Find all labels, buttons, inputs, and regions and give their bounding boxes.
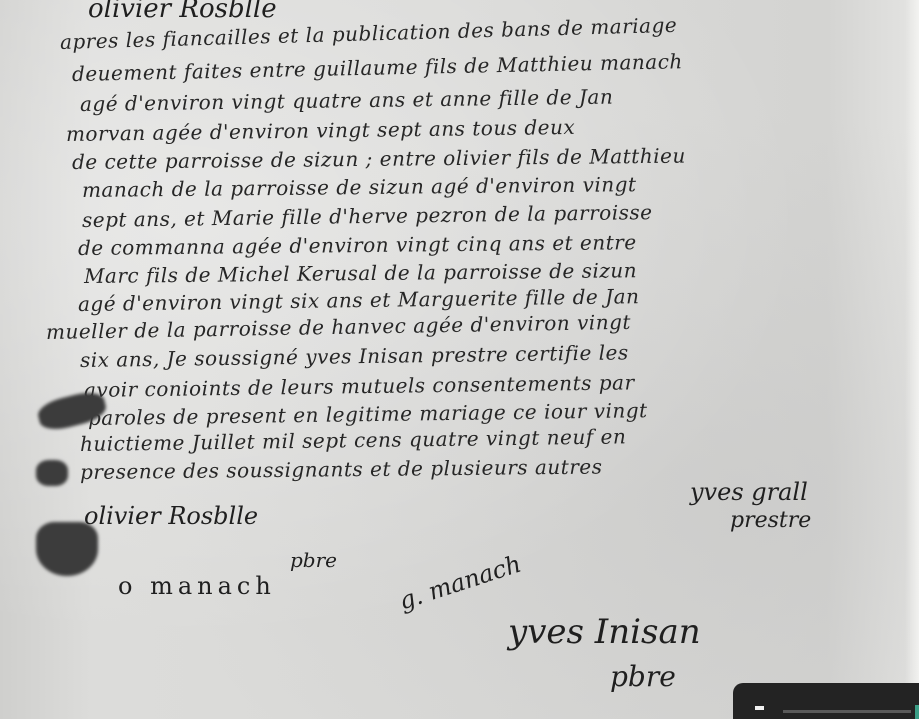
text-line-7: sept ans, et Marie fille d'herve pezron … (82, 200, 653, 232)
signature-o-manach-title: pbre (290, 548, 337, 572)
signature-yves-inisan: yves Inisan (508, 612, 701, 652)
text-line-15: huictieme Juillet mil sept cens quatre v… (80, 424, 627, 456)
signature-yves-grall-title: prestre (730, 508, 811, 533)
minimize-icon[interactable] (755, 706, 764, 710)
signature-yves-inisan-title: pbre (610, 660, 676, 693)
signature-o-manach: o manach (118, 572, 276, 600)
text-line-4: morvan agée d'environ vingt sept ans tou… (66, 115, 576, 146)
accent-indicator (915, 705, 919, 719)
ink-blot (36, 522, 98, 576)
page-edge (905, 0, 919, 719)
signature-yves-grall: yves grall (690, 478, 808, 506)
text-line-12: six ans, Je soussigné yves Inisan prestr… (80, 340, 629, 372)
manuscript-page: olivier Rosblle apres les fiancailles et… (0, 0, 919, 719)
text-line-9: Marc fils de Michel Kerusal de la parroi… (84, 258, 637, 288)
text-line-2: deuement faites entre guillaume fils de … (72, 49, 683, 86)
text-line-13: avoir conioints de leurs mutuels consent… (84, 370, 635, 402)
text-line-6: manach de la parroisse de sizun agé d'en… (82, 172, 637, 202)
progress-track[interactable] (783, 710, 911, 713)
signature-olivier-rosblle: olivier Rosblle (84, 502, 258, 530)
text-line-3: agé d'environ vingt quatre ans et anne f… (80, 85, 614, 116)
viewer-control-bar[interactable] (733, 683, 919, 719)
text-line-8: de commanna agée d'environ vingt cinq an… (78, 230, 637, 260)
header-signature: olivier Rosblle (88, 0, 277, 24)
ink-blot (36, 460, 68, 486)
text-line-5: de cette parroisse de sizun ; entre oliv… (72, 144, 686, 174)
signature-g-manach: g. manach (396, 550, 525, 616)
text-line-16: presence des soussignants et de plusieur… (80, 455, 603, 484)
